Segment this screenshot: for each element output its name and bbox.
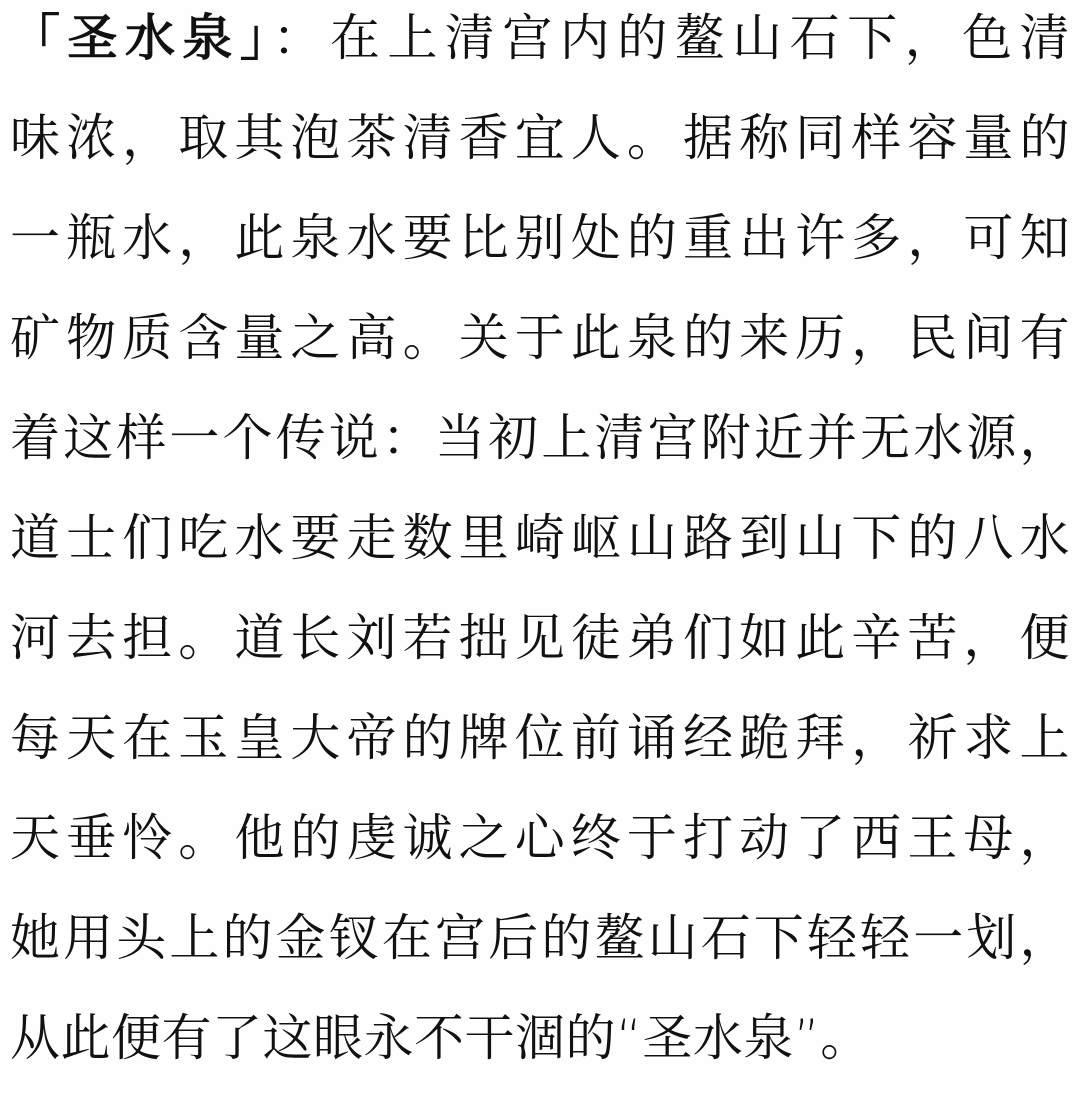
text-line: 她用头上的金钗在宫后的鳌山石下轻轻一划， xyxy=(10,888,1070,988)
text-line: 着这样一个传说：当初上清宫附近并无水源， xyxy=(10,388,1070,488)
text-line: 天垂怜。他的虔诚之心终于打动了西王母， xyxy=(10,788,1070,888)
article-text: 「圣水泉」：在上清宫内的鳌山石下，色清 味浓，取其泡茶清香宜人。据称同样容量的 … xyxy=(0,0,1080,1088)
text-line: 「圣水泉」：在上清宫内的鳌山石下，色清 xyxy=(10,0,1070,88)
term-heading: 「圣水泉」 xyxy=(10,9,272,67)
text-line: 河去担。道长刘若拙见徒弟们如此辛苦，便 xyxy=(10,588,1070,688)
text-line-content: ：在上清宫内的鳌山石下，色清 xyxy=(272,9,1070,67)
text-line: 味浓，取其泡茶清香宜人。据称同样容量的 xyxy=(10,88,1070,188)
text-line: 矿物质含量之高。关于此泉的来历，民间有 xyxy=(10,288,1070,388)
text-line: 道士们吃水要走数里崎岖山路到山下的八水 xyxy=(10,488,1070,588)
text-line: 一瓶水，此泉水要比别处的重出许多，可知 xyxy=(10,188,1070,288)
text-line: 从此便有了这眼永不干涸的“圣水泉”。 xyxy=(10,988,1070,1088)
text-line: 每天在玉皇大帝的牌位前诵经跪拜，祈求上 xyxy=(10,688,1070,788)
